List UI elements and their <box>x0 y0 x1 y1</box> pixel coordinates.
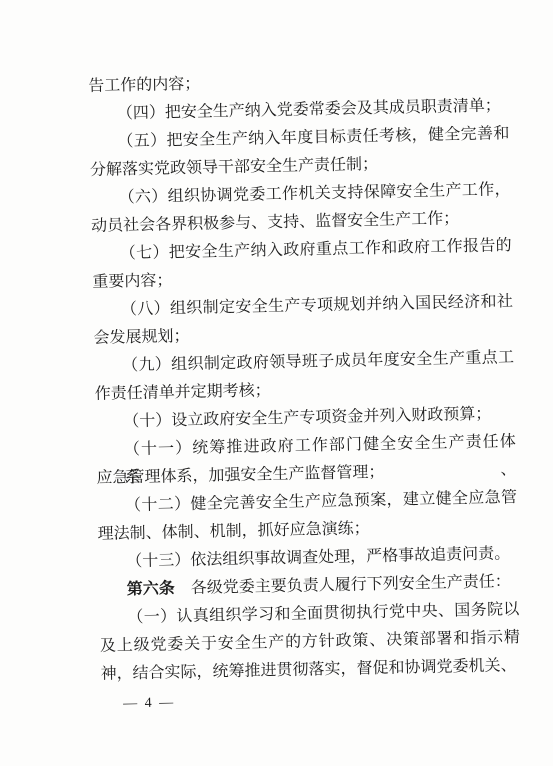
scanned-document-page: 告工作的内容；（四）把安全生产纳入党委常委会及其成员职责清单；（五）把安全生产纳… <box>0 0 553 766</box>
document-body: 告工作的内容；（四）把安全生产纳入党委常委会及其成员职责清单；（五）把安全生产纳… <box>88 64 521 715</box>
page-number: — 4 — <box>123 686 521 714</box>
article-number: 第六条 <box>127 580 175 598</box>
